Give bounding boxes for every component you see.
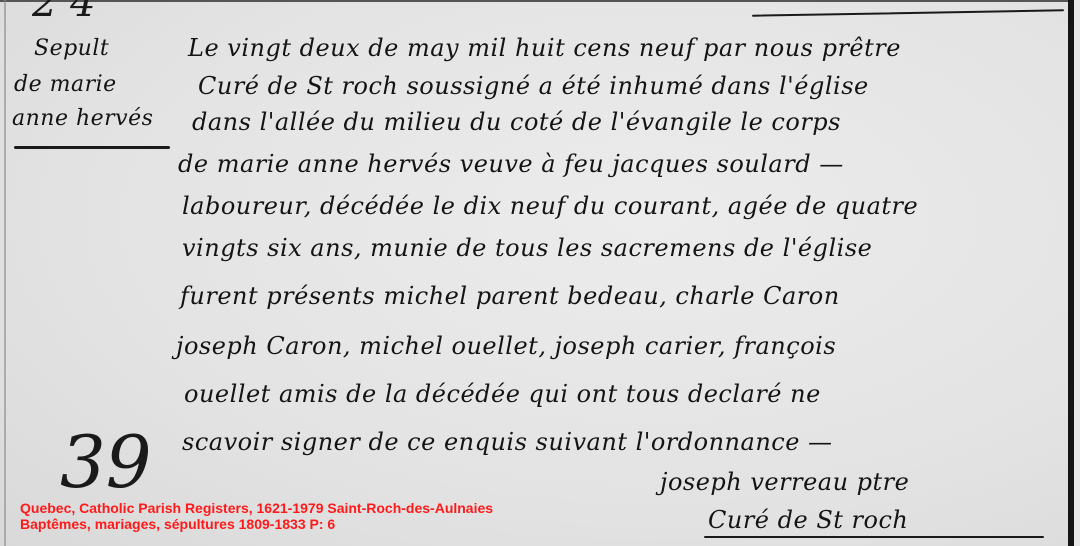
text-line-2: Curé de St roch soussigné a été inhumé d…: [198, 72, 869, 100]
text-line-7: furent présents michel parent bedeau, ch…: [180, 282, 840, 310]
page-right-margin: [1074, 0, 1080, 546]
margin-note-sepult: Sepult: [34, 36, 109, 61]
top-flourish-rule: [752, 9, 1064, 16]
signature-title: Curé de St roch: [708, 506, 908, 534]
source-caption-line-1: Quebec, Catholic Parish Registers, 1621-…: [20, 500, 493, 516]
text-line-5: laboureur, décédée le dix neuf du couran…: [182, 192, 918, 220]
entry-number-bottom: 39: [60, 420, 152, 504]
signature-name: joseph verreau ptre: [660, 468, 909, 496]
margin-note-name-2: anne hervés: [12, 106, 153, 131]
margin-rule: [14, 146, 170, 149]
text-line-4: de marie anne hervés veuve à feu jacques…: [178, 150, 844, 178]
text-line-8: joseph Caron, michel ouellet, joseph car…: [176, 332, 836, 360]
source-caption-line-2: Baptêmes, mariages, sépultures 1809-1833…: [20, 516, 335, 532]
signature-underline: [704, 536, 1044, 538]
register-page: 2 4 Sepult de marie anne hervés Le vingt…: [0, 0, 1080, 546]
text-line-9: ouellet amis de la décédée qui ont tous …: [184, 380, 821, 408]
text-line-6: vingts six ans, munie de tous les sacrem…: [182, 234, 872, 262]
entry-number-top: 2 4: [32, 0, 96, 26]
text-line-1: Le vingt deux de may mil huit cens neuf …: [188, 34, 901, 62]
text-line-3: dans l'allée du milieu du coté de l'évan…: [192, 108, 841, 136]
page-left-edge: [4, 0, 6, 546]
margin-note-name-1: de marie: [14, 72, 117, 97]
text-line-10: scavoir signer de ce enquis suivant l'or…: [182, 428, 833, 456]
page-top-edge: [0, 0, 1080, 2]
